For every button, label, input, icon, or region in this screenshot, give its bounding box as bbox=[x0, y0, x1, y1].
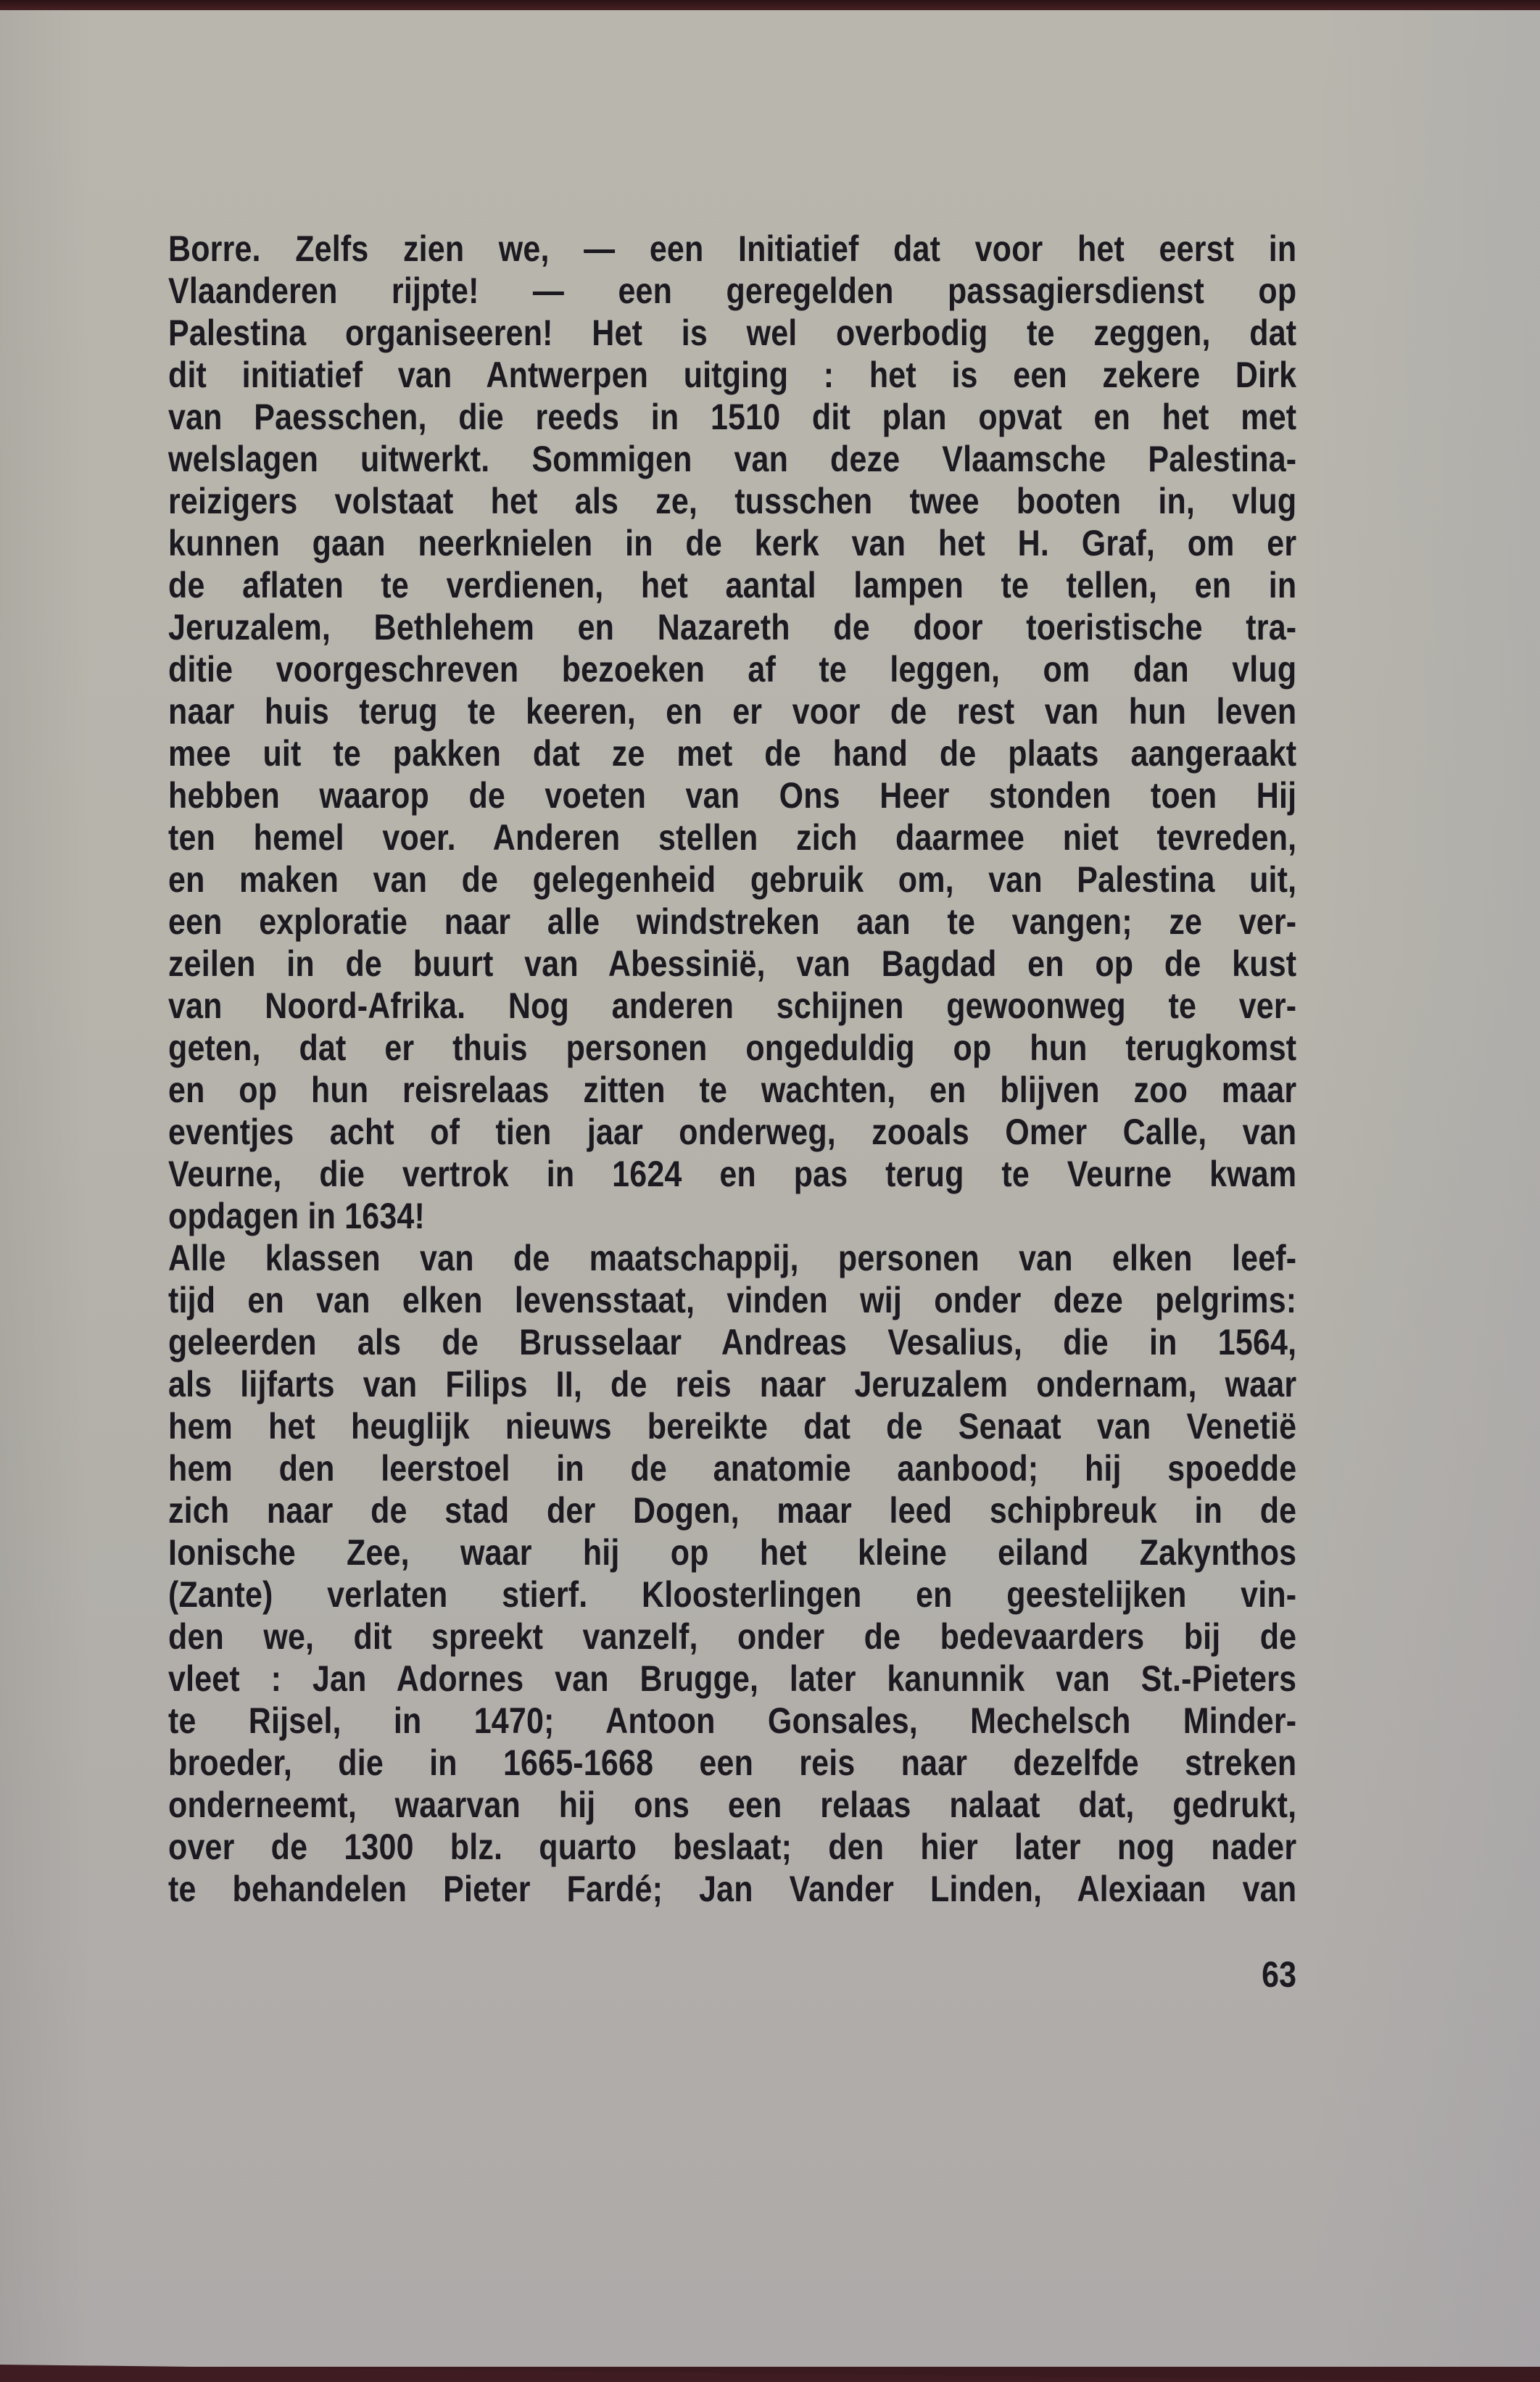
text-line: vleet : Jan Adornes van Brugge, later ka… bbox=[168, 1658, 1296, 1700]
text-line: en op hun reisrelaas zitten te wachten, … bbox=[168, 1069, 1296, 1111]
text-line: (Zante) verlaten stierf. Kloosterlingen … bbox=[168, 1573, 1296, 1616]
book-page: Borre. Zelfs zien we, — een Initiatief d… bbox=[0, 10, 1540, 2367]
text-line: Veurne, die vertrok in 1624 en pas terug… bbox=[168, 1153, 1296, 1195]
text-line: reizigers volstaat het als ze, tusschen … bbox=[168, 480, 1296, 522]
text-line: zich naar de stad der Dogen, maar leed s… bbox=[168, 1489, 1296, 1531]
text-line: onderneemt, waarvan hij ons een relaas n… bbox=[168, 1784, 1296, 1826]
text-line: Ionische Zee, waar hij op het kleine eil… bbox=[168, 1531, 1296, 1573]
text-line: mee uit te pakken dat ze met de hand de … bbox=[168, 732, 1296, 774]
text-line: naar huis terug te keeren, en er voor de… bbox=[168, 690, 1296, 732]
text-line: broeder, die in 1665-1668 een reis naar … bbox=[168, 1742, 1296, 1784]
text-line: geten, dat er thuis personen ongeduldig … bbox=[168, 1027, 1296, 1069]
text-line: dit initiatief van Antwerpen uitging : h… bbox=[168, 354, 1296, 396]
text-line: Palestina organiseeren! Het is wel overb… bbox=[168, 312, 1296, 354]
paragraph-end-line: opdagen in 1634! bbox=[168, 1195, 1296, 1237]
text-line: ten hemel voer. Anderen stellen zich daa… bbox=[168, 816, 1296, 859]
text-line: hebben waarop de voeten van Ons Heer sto… bbox=[168, 774, 1296, 816]
page-number: 63 bbox=[1253, 1953, 1296, 1996]
text-line: Jeruzalem, Bethlehem en Nazareth de door… bbox=[168, 606, 1296, 648]
text-line: Vlaanderen rijpte! — een geregelden pass… bbox=[168, 270, 1296, 312]
text-line: hem het heuglijk nieuws bereikte dat de … bbox=[168, 1405, 1296, 1447]
text-line: ditie voorgeschreven bezoeken af te legg… bbox=[168, 648, 1296, 690]
text-line: te behandelen Pieter Fardé; Jan Vander L… bbox=[168, 1868, 1296, 1910]
text-line: eventjes acht of tien jaar onderweg, zoo… bbox=[168, 1111, 1296, 1153]
text-line: zeilen in de buurt van Abessinië, van Ba… bbox=[168, 943, 1296, 985]
text-line: kunnen gaan neerknielen in de kerk van h… bbox=[168, 522, 1296, 564]
text-line: Borre. Zelfs zien we, — een Initiatief d… bbox=[168, 228, 1296, 270]
text-line: van Noord-Afrika. Nog anderen schijnen g… bbox=[168, 985, 1296, 1027]
text-line: den we, dit spreekt vanzelf, onder de be… bbox=[168, 1616, 1296, 1658]
book-cover-bottom-edge bbox=[0, 2365, 1540, 2382]
text-line: de aflaten te verdienen, het aantal lamp… bbox=[168, 564, 1296, 606]
body-text: Borre. Zelfs zien we, — een Initiatief d… bbox=[168, 228, 1296, 1910]
text-line: van Paesschen, die reeds in 1510 dit pla… bbox=[168, 396, 1296, 438]
text-line: als lijfarts van Filips II, de reis naar… bbox=[168, 1363, 1296, 1405]
text-line: over de 1300 blz. quarto beslaat; den hi… bbox=[168, 1826, 1296, 1868]
text-line: te Rijsel, in 1470; Antoon Gonsales, Mec… bbox=[168, 1700, 1296, 1742]
text-line: welslagen uitwerkt. Sommigen van deze Vl… bbox=[168, 438, 1296, 480]
text-line: en maken van de gelegenheid gebruik om, … bbox=[168, 859, 1296, 901]
text-line: hem den leerstoel in de anatomie aanbood… bbox=[168, 1447, 1296, 1489]
text-line: tijd en van elken levensstaat, vinden wi… bbox=[168, 1279, 1296, 1321]
text-line: een exploratie naar alle windstreken aan… bbox=[168, 901, 1296, 943]
text-line: geleerden als de Brusselaar Andreas Vesa… bbox=[168, 1321, 1296, 1363]
text-line: Alle klassen van de maatschappij, person… bbox=[168, 1237, 1296, 1279]
